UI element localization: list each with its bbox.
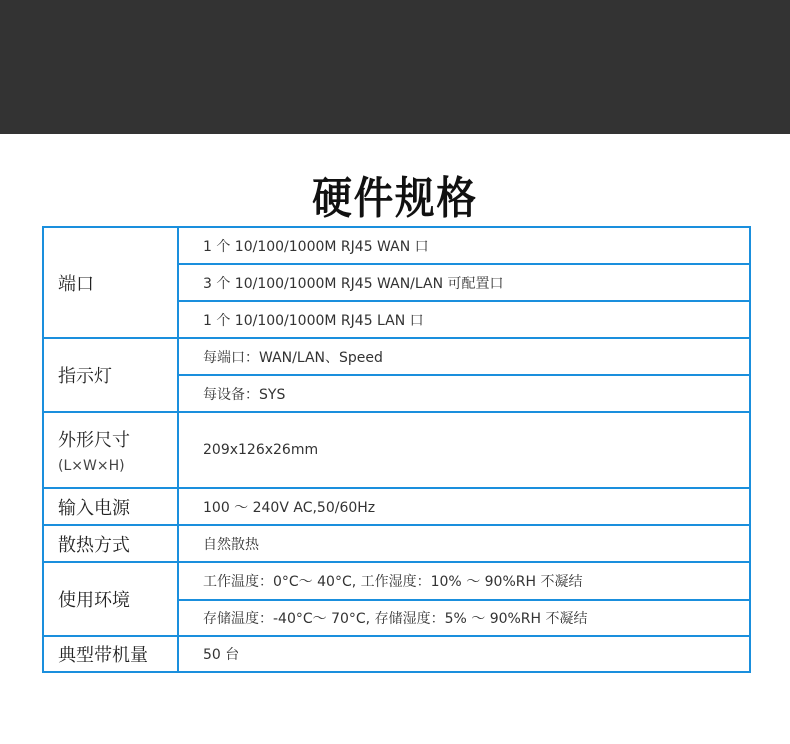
label-capacity: 典型带机量 [43, 636, 178, 672]
label-power: 输入电源 [43, 488, 178, 525]
page-title: 硬件规格 [40, 162, 751, 226]
spec-table: 端口 1 个 10/100/1000M RJ45 WAN 口 3 个 10/10… [42, 226, 751, 673]
label-cooling: 散热方式 [43, 525, 178, 562]
label-ports: 端口 [43, 227, 178, 338]
value-cooling: 自然散热 [178, 525, 750, 562]
value-capacity: 50 台 [178, 636, 750, 672]
label-dimensions: 外形尺寸 (L×W×H) [43, 412, 178, 488]
label-dimensions-sub: (L×W×H) [58, 458, 177, 474]
top-banner [0, 0, 790, 134]
value-indicators-2: 每设备：SYS [178, 375, 750, 412]
value-ports-2: 3 个 10/100/1000M RJ45 WAN/LAN 可配置口 [178, 264, 750, 301]
label-indicators: 指示灯 [43, 338, 178, 412]
value-ports-3: 1 个 10/100/1000M RJ45 LAN 口 [178, 301, 750, 338]
label-environment: 使用环境 [43, 562, 178, 636]
label-dimensions-main: 外形尺寸 [58, 430, 130, 451]
value-environment-1: 工作温度：0°C～ 40°C, 工作湿度：10% ～ 90%RH 不凝结 [178, 562, 750, 600]
value-power: 100 ～ 240V AC,50/60Hz [178, 488, 750, 525]
value-indicators-1: 每端口：WAN/LAN、Speed [178, 338, 750, 375]
value-environment-2: 存储温度：-40°C～ 70°C, 存储湿度：5% ～ 90%RH 不凝结 [178, 600, 750, 636]
value-dimensions: 209x126x26mm [178, 412, 750, 488]
value-ports-1: 1 个 10/100/1000M RJ45 WAN 口 [178, 227, 750, 264]
